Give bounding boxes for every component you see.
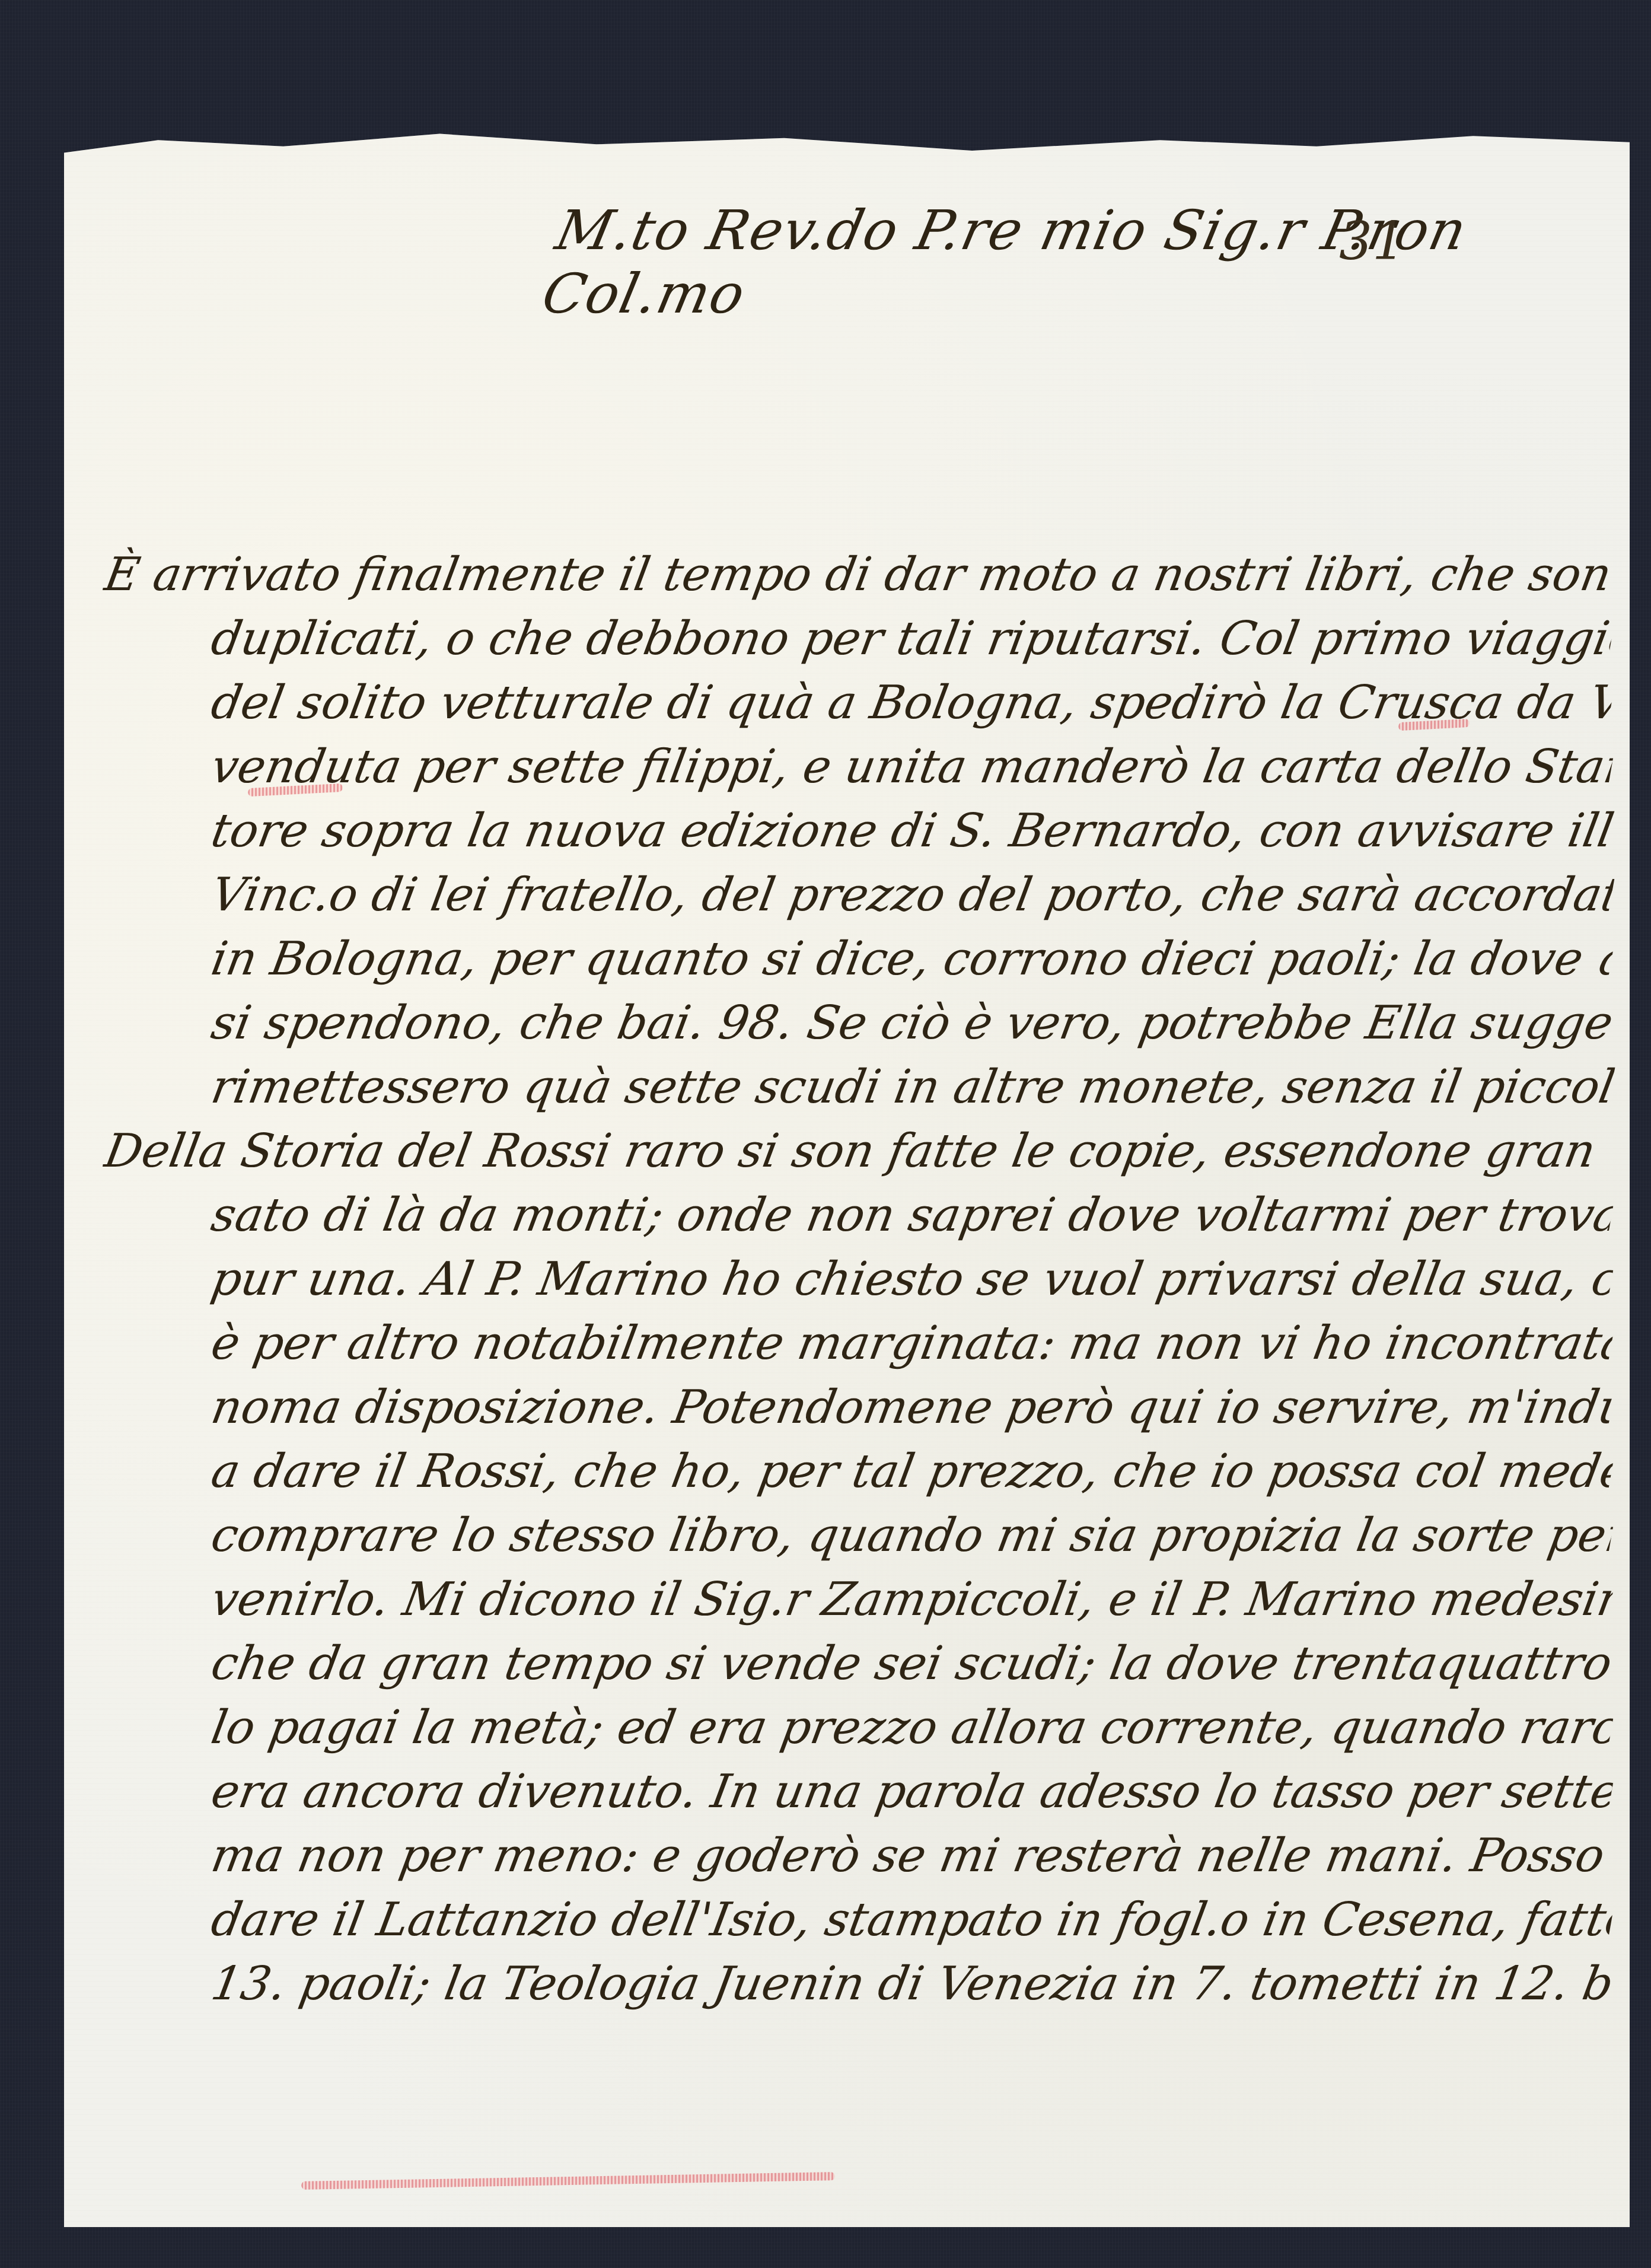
letter-line: si spendono, che bai. 98. Se ciò è vero,…: [100, 991, 1617, 1055]
letter-line: che da gran tempo si vende sei scudi; la…: [100, 1632, 1617, 1696]
letter-line: è per altro notabilmente marginata: ma n…: [100, 1311, 1617, 1375]
letter-line: duplicati, o che debbono per tali riputa…: [100, 607, 1617, 671]
letter-line: Vinc.o di lei fratello, del prezzo del p…: [100, 863, 1617, 927]
letter-line: del solito vetturale di quà a Bologna, s…: [100, 671, 1617, 735]
letter-line: È arrivato finalmente il tempo di dar mo…: [100, 543, 1617, 607]
letter-line: a dare il Rossi, che ho, per tal prezzo,…: [100, 1439, 1617, 1503]
salutation: M.to Rev.do P.re mio Sig.r P.ron Col.mo: [537, 199, 1643, 326]
letter-line: venirlo. Mi dicono il Sig.r Zampiccoli, …: [100, 1568, 1617, 1632]
letter-line: tore sopra la nuova edizione di S. Berna…: [100, 799, 1617, 863]
letter-sheet: M.to Rev.do P.re mio Sig.r P.ron Col.mo …: [64, 128, 1630, 2227]
letter-line: in Bologna, per quanto si dice, corrono …: [100, 927, 1617, 991]
letter-line: lo pagai la metà; ed era prezzo allora c…: [100, 1696, 1617, 1760]
letter-line: 13. paoli; la Teologia Juenin di Venezia…: [100, 1952, 1617, 2016]
red-pencil-underline: [301, 2172, 835, 2190]
letter-line: rimettessero quà sette scudi in altre mo…: [100, 1055, 1617, 1119]
letter-line: noma disposizione. Potendomene però qui …: [100, 1375, 1617, 1439]
letter-line: dare il Lattanzio dell'Isio, stampato in…: [100, 1888, 1617, 1952]
letter-line: comprare lo stesso libro, quando mi sia …: [100, 1503, 1617, 1568]
page-number: 31: [1339, 211, 1405, 272]
letter-line: era ancora divenuto. In una parola adess…: [100, 1760, 1617, 1824]
letter-line: sato di là da monti; onde non saprei dov…: [100, 1183, 1617, 1247]
letter-line: ma non per meno: e goderò se mi resterà …: [100, 1824, 1617, 1888]
letter-line: pur una. Al P. Marino ho chiesto se vuol…: [100, 1247, 1617, 1311]
letter-body: È arrivato finalmente il tempo di dar mo…: [100, 543, 1606, 2016]
letter-line: Della Storia del Rossi raro si son fatte…: [100, 1119, 1617, 1183]
